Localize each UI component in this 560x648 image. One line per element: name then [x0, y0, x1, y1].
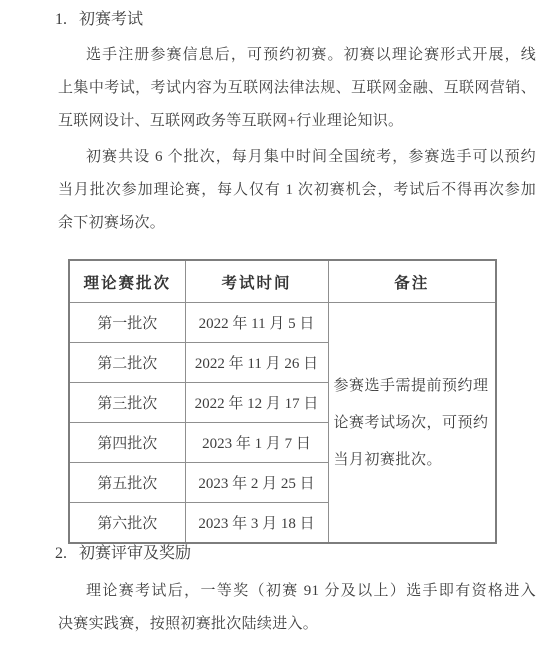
paragraph-line: 理论赛考试后，一等奖（初赛 91 分及以上）选手即有资格进入: [58, 575, 536, 608]
section-2-title: 初赛评审及奖励: [79, 545, 191, 562]
date-cell: 2023 年 2 月 25 日: [185, 463, 328, 503]
date-cell: 2023 年 1 月 7 日: [185, 423, 328, 463]
date-cell: 2023 年 3 月 18 日: [185, 503, 328, 544]
batch-cell: 第三批次: [69, 383, 185, 423]
section-2-number: 2.: [55, 542, 67, 566]
remark-cell: 参赛选手需提前预约理 论赛考试场次，可预约 当月初赛批次。: [328, 303, 496, 544]
remark-line: 论赛考试场次，可预约: [334, 405, 492, 442]
batch-cell: 第一批次: [69, 303, 185, 343]
section-1-paragraph-1: 选手注册参赛信息后，可预约初赛。初赛以理论赛形式开展，线 上集中考试，考试内容为…: [58, 39, 536, 138]
batch-cell: 第五批次: [69, 463, 185, 503]
table-header-row: 理论赛批次 考试时间 备注: [69, 260, 496, 303]
section-1-title: 初赛考试: [79, 11, 143, 28]
paragraph-line: 决赛实践赛，按照初赛批次陆续进入。: [58, 608, 536, 641]
batch-cell: 第四批次: [69, 423, 185, 463]
paragraph-line: 余下初赛场次。: [58, 207, 536, 240]
section-1-number: 1.: [55, 8, 67, 32]
section-2-heading: 2.初赛评审及奖励: [55, 542, 191, 566]
remark-line: 参赛选手需提前预约理: [334, 368, 492, 405]
header-exam-time: 考试时间: [185, 260, 328, 303]
paragraph-line: 选手注册参赛信息后，可预约初赛。初赛以理论赛形式开展，线: [58, 39, 536, 72]
exam-schedule-table: 理论赛批次 考试时间 备注 第一批次 2022 年 11 月 5 日 参赛选手需…: [68, 259, 497, 544]
section-2-paragraph-1: 理论赛考试后，一等奖（初赛 91 分及以上）选手即有资格进入 决赛实践赛，按照初…: [58, 575, 536, 641]
batch-cell: 第六批次: [69, 503, 185, 544]
header-theory-batch: 理论赛批次: [69, 260, 185, 303]
section-1-paragraph-2: 初赛共设 6 个批次，每月集中时间全国统考，参赛选手可以预约 当月批次参加理论赛…: [58, 141, 536, 240]
document-page: 1.初赛考试 选手注册参赛信息后，可预约初赛。初赛以理论赛形式开展，线 上集中考…: [0, 0, 560, 648]
paragraph-line: 初赛共设 6 个批次，每月集中时间全国统考，参赛选手可以预约: [58, 141, 536, 174]
paragraph-line: 当月批次参加理论赛，每人仅有 1 次初赛机会，考试后不得再次参加: [58, 174, 536, 207]
date-cell: 2022 年 12 月 17 日: [185, 383, 328, 423]
date-cell: 2022 年 11 月 26 日: [185, 343, 328, 383]
batch-cell: 第二批次: [69, 343, 185, 383]
paragraph-line: 互联网设计、互联网政务等互联网+行业理论知识。: [58, 105, 536, 138]
remark-line: 当月初赛批次。: [334, 442, 492, 479]
paragraph-line: 上集中考试，考试内容为互联网法律法规、互联网金融、互联网营销、: [58, 72, 536, 105]
section-1-heading: 1.初赛考试: [55, 8, 143, 32]
table-row: 第一批次 2022 年 11 月 5 日 参赛选手需提前预约理 论赛考试场次，可…: [69, 303, 496, 343]
date-cell: 2022 年 11 月 5 日: [185, 303, 328, 343]
header-remark: 备注: [328, 260, 496, 303]
